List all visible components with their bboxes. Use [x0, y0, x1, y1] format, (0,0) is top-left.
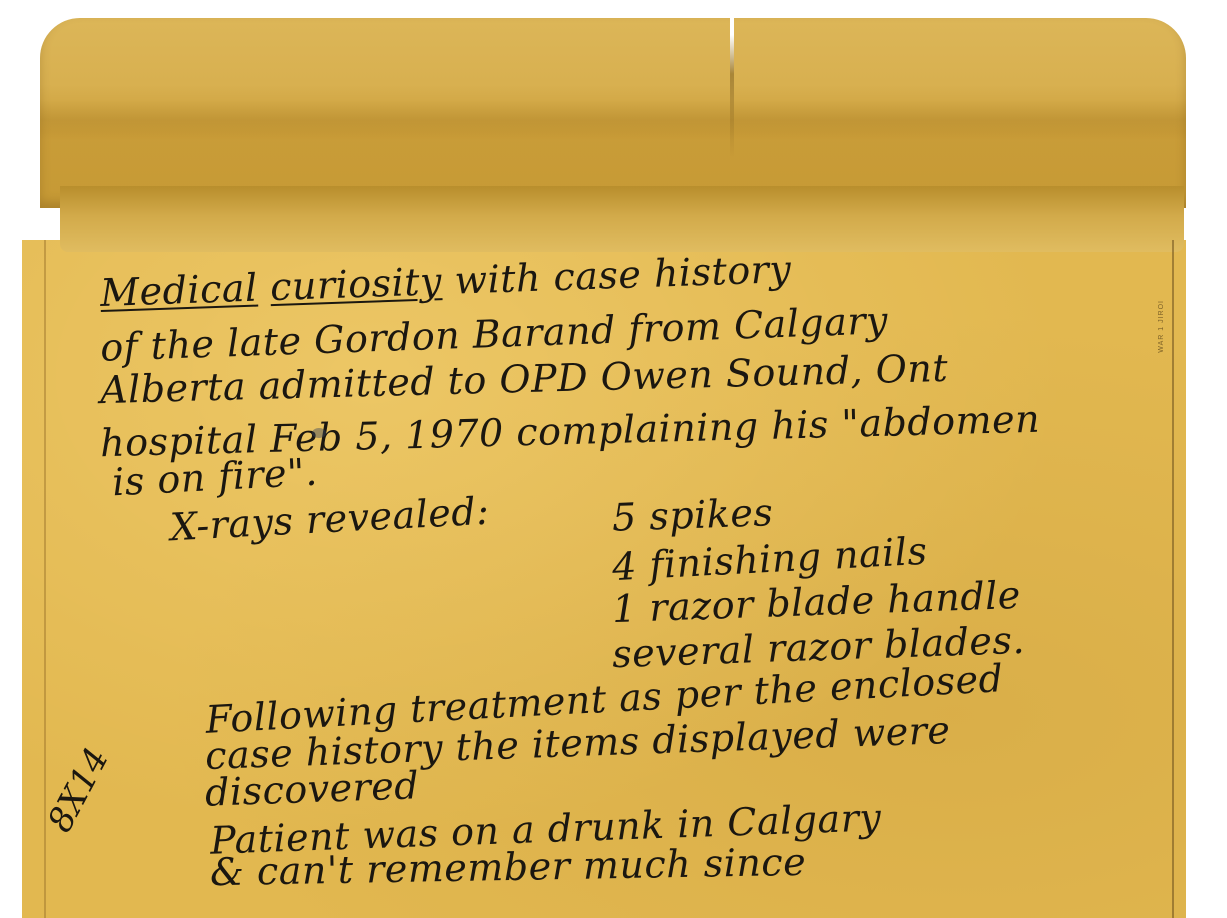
ink-blot [312, 428, 326, 438]
edge-print: WAR 1 JIROI [1158, 300, 1165, 353]
flap-crease [40, 100, 1186, 140]
heading-word-medical: Medical [99, 266, 258, 315]
heading-word-curiosity: curiosity [269, 259, 442, 309]
flap-tear [730, 18, 734, 158]
note-line: is on fire". [111, 453, 318, 502]
closing-line: & can't remember much since [210, 843, 807, 891]
closing-line: discovered [204, 766, 419, 811]
envelope-photo: WAR 1 JIROI Medical curiosity with case … [0, 0, 1227, 918]
envelope-fold [60, 186, 1184, 252]
xray-item: 5 spikes [611, 493, 773, 537]
right-seam [1172, 240, 1174, 918]
